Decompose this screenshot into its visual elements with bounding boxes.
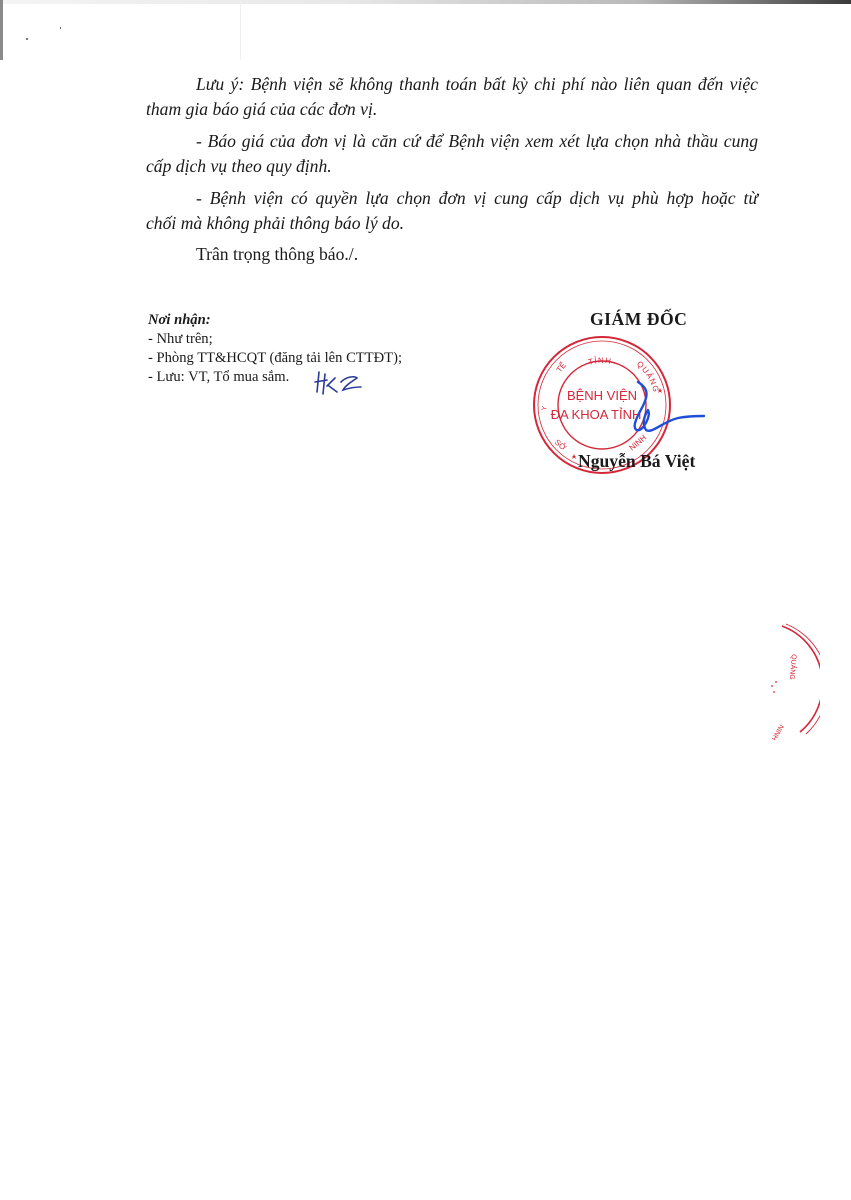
signatory-title: GIÁM ĐỐC [590,309,687,330]
recipient-item: - Lưu: VT, Tổ mua sắm. [148,368,402,387]
svg-text:TẾ: TẾ [554,360,568,374]
scan-left-edge [0,0,3,60]
note-paragraph: Lưu ý: Bệnh viện sẽ không thanh toán bất… [146,72,758,122]
svg-text:SỞ: SỞ [553,438,568,453]
selection-rights-paragraph: - Bệnh viện có quyền lựa chọn đơn vị cun… [146,186,758,236]
recipient-item: - Như trên; [148,330,402,349]
recipients-block: Nơi nhận: - Như trên; - Phòng TT&HCQT (đ… [148,311,402,387]
handwritten-signature-icon [618,380,708,440]
quotation-basis-paragraph: - Báo giá của đơn vị là căn cứ để Bệnh v… [146,129,758,179]
quotation-line-1: - Báo giá của đơn vị là căn cứ để Bệnh v… [146,129,758,154]
note-line-2: tham gia báo giá của các đơn vị. [146,97,758,122]
scan-speck [60,27,61,29]
recipients-label: Nơi nhận: [148,311,402,330]
partial-stamp-text-lower: NINH [770,723,785,740]
partial-stamp-icon: QUẢNG NINH [760,620,820,740]
scan-top-edge [0,0,851,4]
quotation-line-2: cấp dịch vụ theo quy định. [146,154,758,179]
handwritten-initials-icon [313,368,363,396]
note-line-1: Lưu ý: Bệnh viện sẽ không thanh toán bất… [146,72,758,97]
selection-line-1: - Bệnh viện có quyền lựa chọn đơn vị cun… [146,186,758,211]
closing-line: Trân trọng thông báo./. [196,244,358,265]
scan-speck [26,38,28,40]
svg-text:Y: Y [541,405,549,411]
recipient-item: - Phòng TT&HCQT (đăng tải lên CTTĐT); [148,349,402,368]
svg-text:TỈNH: TỈNH [587,356,612,367]
scan-fold-line [240,0,241,60]
partial-stamp-text: QUẢNG [788,654,799,680]
signer-name: Nguyễn Bá Việt [578,451,695,472]
selection-line-2: chối mà không phải thông báo lý do. [146,211,758,236]
